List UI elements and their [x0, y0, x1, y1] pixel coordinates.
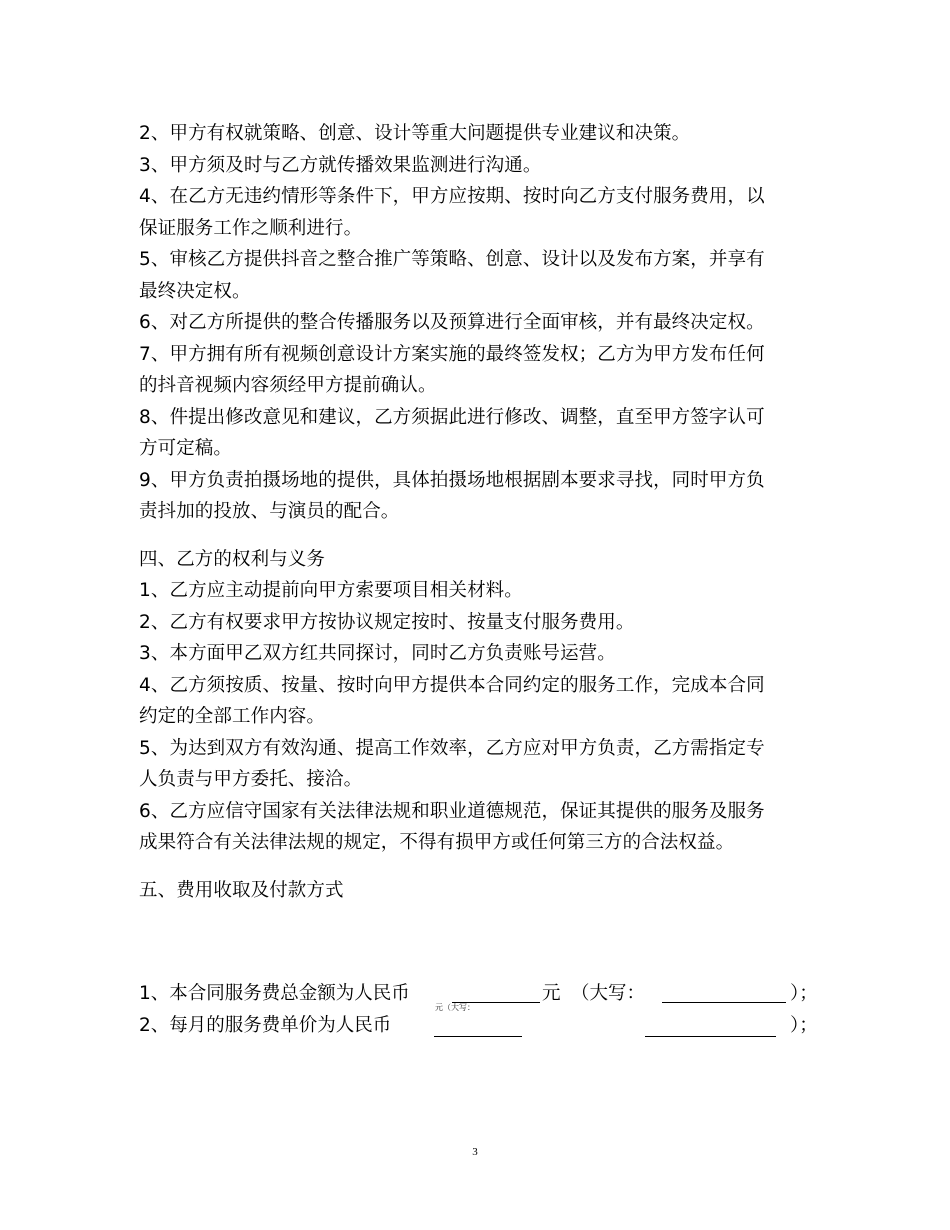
payment-monthly-suffix: ）；: [790, 1010, 818, 1042]
clause-3-3: 3、甲方须及时与乙方就传播效果监测进行沟通。: [139, 150, 769, 182]
payment-total-prefix: 1、本合同服务费总金额为人民币: [139, 983, 410, 1004]
total-amount-capital-blank: [662, 1002, 786, 1003]
clause-4-1: 1、乙方应主动提前向甲方索要项目相关材料。: [139, 575, 769, 607]
clause-4-5: 5、为达到双方有效沟通、提高工作效率，乙方应对甲方负责，乙方需指定专人负责与甲方…: [139, 733, 769, 796]
monthly-amount-blank: [434, 1036, 522, 1037]
page-number: 3: [0, 1146, 950, 1158]
clause-4-4: 4、乙方须按质、按量、按时向甲方提供本合同约定的服务工作，完成本合同约定的全部工…: [139, 670, 769, 733]
clause-3-2: 2、甲方有权就策略、创意、设计等重大问题提供专业建议和决策。: [139, 118, 769, 150]
clause-4-3: 3、本方面甲乙双方红共同探讨，同时乙方负责账号运营。: [139, 638, 769, 670]
payment-monthly-prefix: 2、每月的服务费单价为人民币: [139, 1015, 391, 1036]
document-body: 2、甲方有权就策略、创意、设计等重大问题提供专业建议和决策。 3、甲方须及时与乙…: [139, 118, 769, 906]
section-five-heading: 五、费用收取及付款方式: [139, 875, 769, 907]
payment-line-total: 1、本合同服务费总金额为人民币: [139, 978, 410, 1010]
document-page: 2、甲方有权就策略、创意、设计等重大问题提供专业建议和决策。 3、甲方须及时与乙…: [0, 0, 950, 1230]
payment-total-tiny-note: 元（大写：: [435, 1003, 475, 1013]
section-spacer: [139, 528, 769, 544]
clause-3-5: 5、审核乙方提供抖音之整合推广等策略、创意、设计以及发布方案，并享有最终决定权。: [139, 244, 769, 307]
clause-4-6: 6、乙方应信守国家有关法律法规和职业道德规范，保证其提供的服务及服务成果符合有关…: [139, 796, 769, 859]
clause-4-2: 2、乙方有权要求甲方按协议规定按时、按量支付服务费用。: [139, 607, 769, 639]
clause-3-4: 4、在乙方无违约情形等条件下，甲方应按期、按时向乙方支付服务费用，以保证服务工作…: [139, 181, 769, 244]
clause-3-7: 7、甲方拥有所有视频创意设计方案实施的最终签发权；乙方为甲方发布任何的抖音视频内…: [139, 339, 769, 402]
clause-3-8: 8、件提出修改意见和建议，乙方须据此进行修改、调整，直至甲方签字认可方可定稿。: [139, 402, 769, 465]
clause-3-9: 9、甲方负责拍摄场地的提供，具体拍摄场地根据剧本要求寻找，同时甲方负责抖加的投放…: [139, 465, 769, 528]
payment-total-daxie-label: （大写：: [571, 978, 645, 1010]
section-four-heading: 四、乙方的权利与义务: [139, 544, 769, 576]
payment-line-monthly: 2、每月的服务费单价为人民币: [139, 1010, 391, 1042]
payment-total-unit: 元: [542, 978, 561, 1010]
section-spacer: [139, 859, 769, 875]
payment-total-suffix: ）；: [790, 978, 818, 1010]
monthly-amount-capital-blank: [645, 1036, 776, 1037]
clause-3-6: 6、对乙方所提供的整合传播服务以及预算进行全面审核，并有最终决定权。: [139, 307, 769, 339]
